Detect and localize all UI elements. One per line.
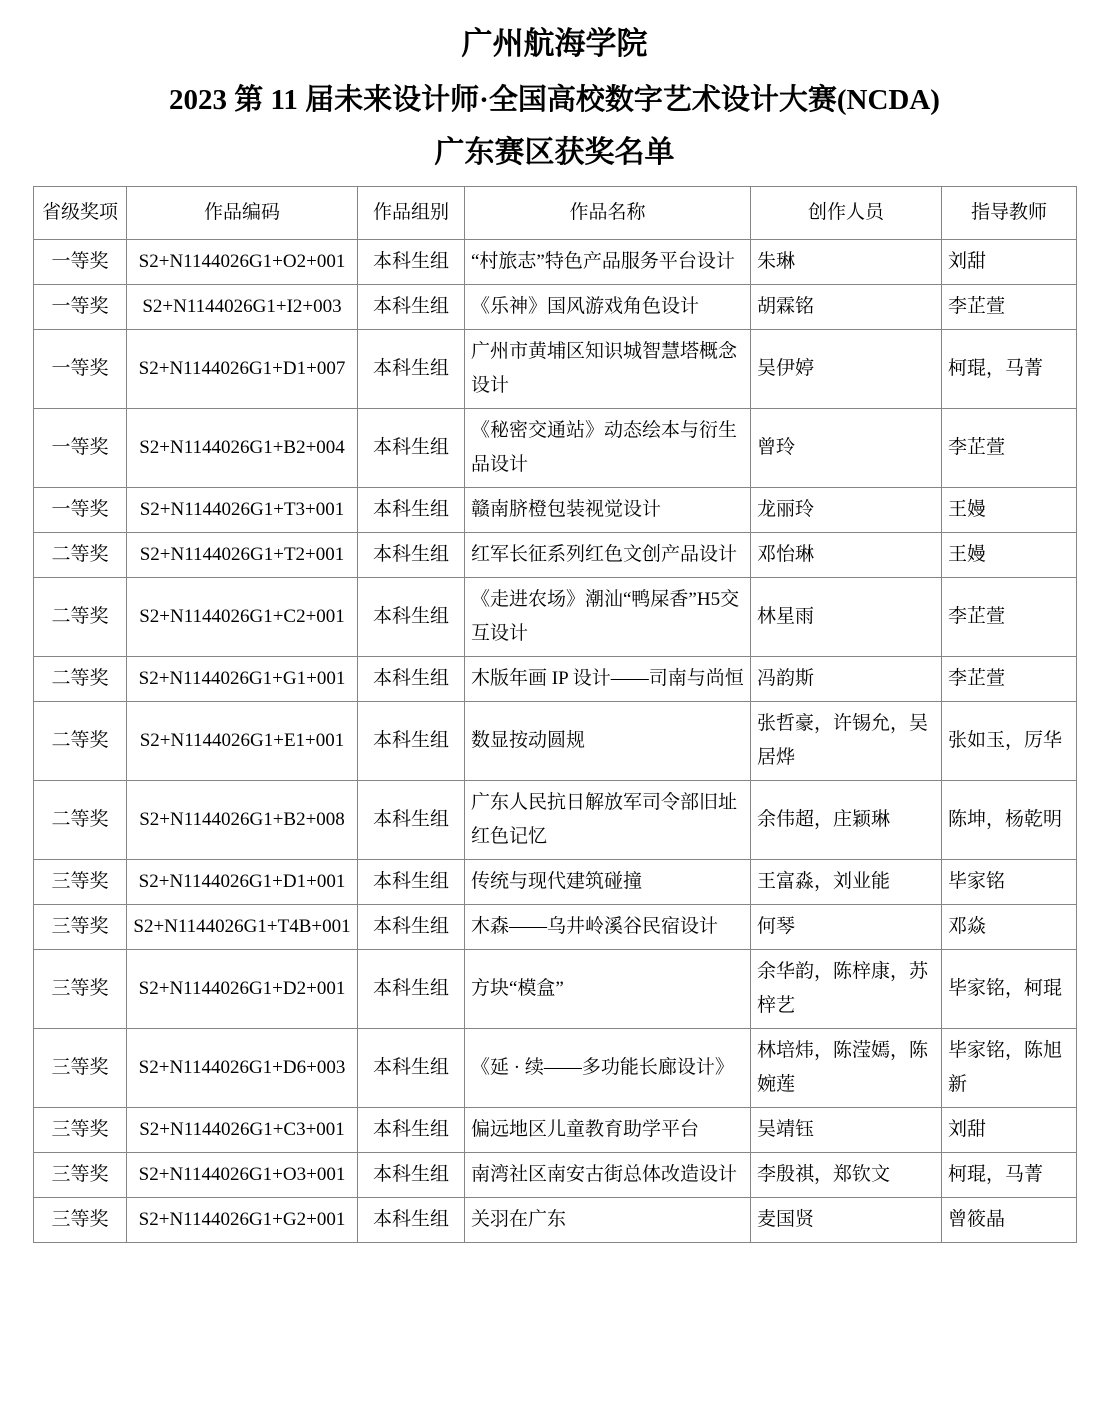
page-subtitle-region: 广东赛区获奖名单: [33, 131, 1076, 175]
cell-group: 本科生组: [358, 860, 465, 905]
cell-creators: 林培炜，陈滢嫣，陈婉莲: [751, 1029, 942, 1108]
table-row: 三等奖S2+N1144026G1+D2+001本科生组方块“模盒”余华韵，陈梓康…: [34, 950, 1077, 1029]
table-row: 三等奖S2+N1144026G1+O3+001本科生组南湾社区南安古街总体改造设…: [34, 1153, 1077, 1198]
cell-title: 《乐神》国风游戏角色设计: [465, 285, 751, 330]
document-page: 广州航海学院 2023 第 11 届未来设计师·全国高校数字艺术设计大赛(NCD…: [0, 0, 1109, 1243]
cell-title: 广州市黄埔区知识城智慧塔概念设计: [465, 330, 751, 409]
cell-code: S2+N1144026G1+O3+001: [127, 1153, 358, 1198]
column-header: 指导教师: [942, 187, 1077, 240]
cell-code: S2+N1144026G1+G1+001: [127, 657, 358, 702]
cell-creators: 龙丽玲: [751, 488, 942, 533]
cell-creators: 胡霖铭: [751, 285, 942, 330]
cell-advisors: 李芷萱: [942, 285, 1077, 330]
cell-title: 木森——乌井岭溪谷民宿设计: [465, 905, 751, 950]
column-header: 作品组别: [358, 187, 465, 240]
cell-group: 本科生组: [358, 409, 465, 488]
cell-title: 关羽在广东: [465, 1198, 751, 1243]
cell-group: 本科生组: [358, 657, 465, 702]
column-header: 作品名称: [465, 187, 751, 240]
cell-creators: 王富淼，刘业能: [751, 860, 942, 905]
cell-code: S2+N1144026G1+B2+008: [127, 781, 358, 860]
cell-advisors: 陈坤，杨乾明: [942, 781, 1077, 860]
cell-award: 三等奖: [34, 1198, 127, 1243]
cell-advisors: 张如玉，厉华: [942, 702, 1077, 781]
table-row: 二等奖S2+N1144026G1+G1+001本科生组木版年画 IP 设计——司…: [34, 657, 1077, 702]
cell-code: S2+N1144026G1+T4B+001: [127, 905, 358, 950]
cell-advisors: 柯琨，马菁: [942, 330, 1077, 409]
cell-group: 本科生组: [358, 578, 465, 657]
cell-advisors: 刘甜: [942, 1108, 1077, 1153]
cell-title: “村旅志”特色产品服务平台设计: [465, 240, 751, 285]
cell-award: 二等奖: [34, 533, 127, 578]
cell-title: 《走进农场》潮汕“鸭屎香”H5交互设计: [465, 578, 751, 657]
cell-advisors: 毕家铭，陈旭新: [942, 1029, 1077, 1108]
cell-code: S2+N1144026G1+C2+001: [127, 578, 358, 657]
cell-creators: 冯韵斯: [751, 657, 942, 702]
cell-group: 本科生组: [358, 702, 465, 781]
cell-award: 一等奖: [34, 240, 127, 285]
cell-award: 一等奖: [34, 330, 127, 409]
cell-advisors: 李芷萱: [942, 578, 1077, 657]
cell-code: S2+N1144026G1+T3+001: [127, 488, 358, 533]
cell-advisors: 刘甜: [942, 240, 1077, 285]
cell-award: 一等奖: [34, 285, 127, 330]
cell-creators: 何琴: [751, 905, 942, 950]
cell-advisors: 柯琨，马菁: [942, 1153, 1077, 1198]
cell-code: S2+N1144026G1+I2+003: [127, 285, 358, 330]
cell-code: S2+N1144026G1+T2+001: [127, 533, 358, 578]
cell-code: S2+N1144026G1+C3+001: [127, 1108, 358, 1153]
cell-creators: 张哲豪，许锡允，吴居烨: [751, 702, 942, 781]
cell-group: 本科生组: [358, 1029, 465, 1108]
cell-award: 三等奖: [34, 905, 127, 950]
cell-creators: 邓怡琳: [751, 533, 942, 578]
cell-group: 本科生组: [358, 950, 465, 1029]
cell-award: 三等奖: [34, 950, 127, 1029]
cell-advisors: 毕家铭，柯琨: [942, 950, 1077, 1029]
column-header: 创作人员: [751, 187, 942, 240]
cell-advisors: 王嫚: [942, 488, 1077, 533]
cell-group: 本科生组: [358, 240, 465, 285]
cell-award: 二等奖: [34, 657, 127, 702]
awards-table-body: 一等奖S2+N1144026G1+O2+001本科生组“村旅志”特色产品服务平台…: [34, 240, 1077, 1243]
cell-title: 方块“模盒”: [465, 950, 751, 1029]
cell-award: 二等奖: [34, 781, 127, 860]
cell-group: 本科生组: [358, 1153, 465, 1198]
cell-code: S2+N1144026G1+E1+001: [127, 702, 358, 781]
cell-advisors: 邓焱: [942, 905, 1077, 950]
cell-award: 三等奖: [34, 1029, 127, 1108]
table-row: 一等奖S2+N1144026G1+D1+007本科生组广州市黄埔区知识城智慧塔概…: [34, 330, 1077, 409]
table-row: 一等奖S2+N1144026G1+B2+004本科生组《秘密交通站》动态绘本与衍…: [34, 409, 1077, 488]
cell-group: 本科生组: [358, 1198, 465, 1243]
table-row: 二等奖S2+N1144026G1+E1+001本科生组数显按动圆规张哲豪，许锡允…: [34, 702, 1077, 781]
cell-title: 广东人民抗日解放军司令部旧址红色记忆: [465, 781, 751, 860]
cell-group: 本科生组: [358, 285, 465, 330]
cell-creators: 李殷祺，郑钦文: [751, 1153, 942, 1198]
cell-code: S2+N1144026G1+D6+003: [127, 1029, 358, 1108]
cell-title: 赣南脐橙包装视觉设计: [465, 488, 751, 533]
column-header: 省级奖项: [34, 187, 127, 240]
cell-award: 三等奖: [34, 860, 127, 905]
cell-creators: 吴伊婷: [751, 330, 942, 409]
table-row: 三等奖S2+N1144026G1+D6+003本科生组《延 · 续——多功能长廊…: [34, 1029, 1077, 1108]
cell-title: 传统与现代建筑碰撞: [465, 860, 751, 905]
cell-award: 一等奖: [34, 488, 127, 533]
cell-group: 本科生组: [358, 330, 465, 409]
table-row: 三等奖S2+N1144026G1+T4B+001本科生组木森——乌井岭溪谷民宿设…: [34, 905, 1077, 950]
cell-advisors: 李芷萱: [942, 657, 1077, 702]
cell-award: 一等奖: [34, 409, 127, 488]
cell-award: 三等奖: [34, 1108, 127, 1153]
table-row: 二等奖S2+N1144026G1+C2+001本科生组《走进农场》潮汕“鸭屎香”…: [34, 578, 1077, 657]
cell-group: 本科生组: [358, 488, 465, 533]
cell-advisors: 李芷萱: [942, 409, 1077, 488]
table-row: 三等奖S2+N1144026G1+D1+001本科生组传统与现代建筑碰撞王富淼，…: [34, 860, 1077, 905]
cell-creators: 余华韵，陈梓康，苏梓艺: [751, 950, 942, 1029]
table-row: 一等奖S2+N1144026G1+T3+001本科生组赣南脐橙包装视觉设计龙丽玲…: [34, 488, 1077, 533]
cell-code: S2+N1144026G1+D1+001: [127, 860, 358, 905]
cell-group: 本科生组: [358, 533, 465, 578]
cell-creators: 林星雨: [751, 578, 942, 657]
cell-title: 数显按动圆规: [465, 702, 751, 781]
cell-creators: 曾玲: [751, 409, 942, 488]
cell-creators: 朱琳: [751, 240, 942, 285]
cell-advisors: 曾筱晶: [942, 1198, 1077, 1243]
cell-title: 南湾社区南安古街总体改造设计: [465, 1153, 751, 1198]
cell-creators: 麦国贤: [751, 1198, 942, 1243]
cell-code: S2+N1144026G1+D1+007: [127, 330, 358, 409]
cell-group: 本科生组: [358, 781, 465, 860]
page-title: 广州航海学院: [33, 22, 1076, 66]
table-row: 一等奖S2+N1144026G1+I2+003本科生组《乐神》国风游戏角色设计胡…: [34, 285, 1077, 330]
cell-creators: 余伟超，庄颖琳: [751, 781, 942, 860]
cell-creators: 吴靖钰: [751, 1108, 942, 1153]
cell-title: 红军长征系列红色文创产品设计: [465, 533, 751, 578]
table-row: 二等奖S2+N1144026G1+T2+001本科生组红军长征系列红色文创产品设…: [34, 533, 1077, 578]
cell-group: 本科生组: [358, 905, 465, 950]
cell-advisors: 王嫚: [942, 533, 1077, 578]
page-subtitle-competition: 2023 第 11 届未来设计师·全国高校数字艺术设计大赛(NCDA): [33, 78, 1076, 122]
cell-code: S2+N1144026G1+D2+001: [127, 950, 358, 1029]
cell-code: S2+N1144026G1+G2+001: [127, 1198, 358, 1243]
cell-title: 偏远地区儿童教育助学平台: [465, 1108, 751, 1153]
cell-code: S2+N1144026G1+B2+004: [127, 409, 358, 488]
table-row: 三等奖S2+N1144026G1+G2+001本科生组关羽在广东麦国贤曾筱晶: [34, 1198, 1077, 1243]
cell-code: S2+N1144026G1+O2+001: [127, 240, 358, 285]
cell-award: 三等奖: [34, 1153, 127, 1198]
cell-award: 二等奖: [34, 702, 127, 781]
cell-group: 本科生组: [358, 1108, 465, 1153]
awards-table: 省级奖项作品编码作品组别作品名称创作人员指导教师 一等奖S2+N1144026G…: [33, 186, 1077, 1243]
cell-title: 《秘密交通站》动态绘本与衍生品设计: [465, 409, 751, 488]
cell-advisors: 毕家铭: [942, 860, 1077, 905]
column-header: 作品编码: [127, 187, 358, 240]
table-row: 一等奖S2+N1144026G1+O2+001本科生组“村旅志”特色产品服务平台…: [34, 240, 1077, 285]
cell-award: 二等奖: [34, 578, 127, 657]
cell-title: 木版年画 IP 设计——司南与尚恒: [465, 657, 751, 702]
cell-title: 《延 · 续——多功能长廊设计》: [465, 1029, 751, 1108]
table-row: 三等奖S2+N1144026G1+C3+001本科生组偏远地区儿童教育助学平台吴…: [34, 1108, 1077, 1153]
table-row: 二等奖S2+N1144026G1+B2+008本科生组广东人民抗日解放军司令部旧…: [34, 781, 1077, 860]
header-row: 省级奖项作品编码作品组别作品名称创作人员指导教师: [34, 187, 1077, 240]
